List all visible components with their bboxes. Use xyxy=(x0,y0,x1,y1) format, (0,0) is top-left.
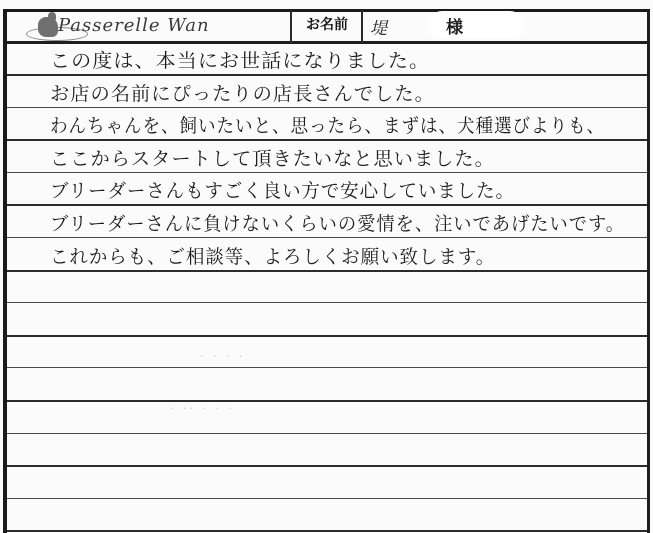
message-line: これからも、ご相談等、よろしくお願い致します。 xyxy=(50,242,495,269)
customer-name: 堤 xyxy=(370,14,387,39)
name-field-label: お名前 xyxy=(294,14,360,34)
message-line: わんちゃんを、飼いたいと、思ったら、まずは、犬種選びよりも、 xyxy=(50,111,605,138)
frame-right-border xyxy=(647,9,650,533)
ruled-line xyxy=(7,204,647,206)
ruled-line xyxy=(7,107,647,108)
ruled-line xyxy=(7,335,647,337)
header-divider xyxy=(290,10,292,43)
bleed-through-mark: · · · · xyxy=(200,350,245,363)
header-divider xyxy=(361,10,363,43)
message-line: ここからスタートして頂きたいなと思いました。 xyxy=(50,144,495,171)
ruled-line xyxy=(7,498,647,499)
ruled-line xyxy=(7,465,647,467)
header-bottom-border xyxy=(3,41,650,44)
ruled-line xyxy=(7,367,647,368)
redaction-blot xyxy=(428,11,524,39)
ruled-line xyxy=(7,237,647,238)
ruled-line xyxy=(7,74,647,76)
brand-logo: Passerelle Wan xyxy=(22,13,272,41)
customer-message-card: Passerelle Wan お名前 堤 様 この度は、本当にお世話になりました… xyxy=(0,0,653,533)
dog-silhouette-icon xyxy=(38,17,58,37)
message-line: お店の名前にぴったりの店長さんでした。 xyxy=(50,79,435,106)
message-line: ブリーダーさんに負けないくらいの愛情を、注いであげたいです。 xyxy=(50,209,625,236)
message-line: この度は、本当にお世話になりました。 xyxy=(50,46,430,73)
message-line: ブリーダーさんもすごく良い方で安心していました。 xyxy=(50,176,515,203)
ruled-line xyxy=(7,400,647,402)
brand-name: Passerelle Wan xyxy=(58,15,210,36)
ruled-line xyxy=(7,302,647,303)
honorific-label: 様 xyxy=(446,13,463,38)
ruled-line xyxy=(7,139,647,141)
ruled-line xyxy=(7,270,647,272)
ruled-line xyxy=(7,530,647,532)
ruled-line xyxy=(7,172,647,173)
ruled-line xyxy=(7,433,647,434)
bleed-through-mark: · ·· · · · xyxy=(170,402,235,415)
header-top-border xyxy=(3,9,650,12)
